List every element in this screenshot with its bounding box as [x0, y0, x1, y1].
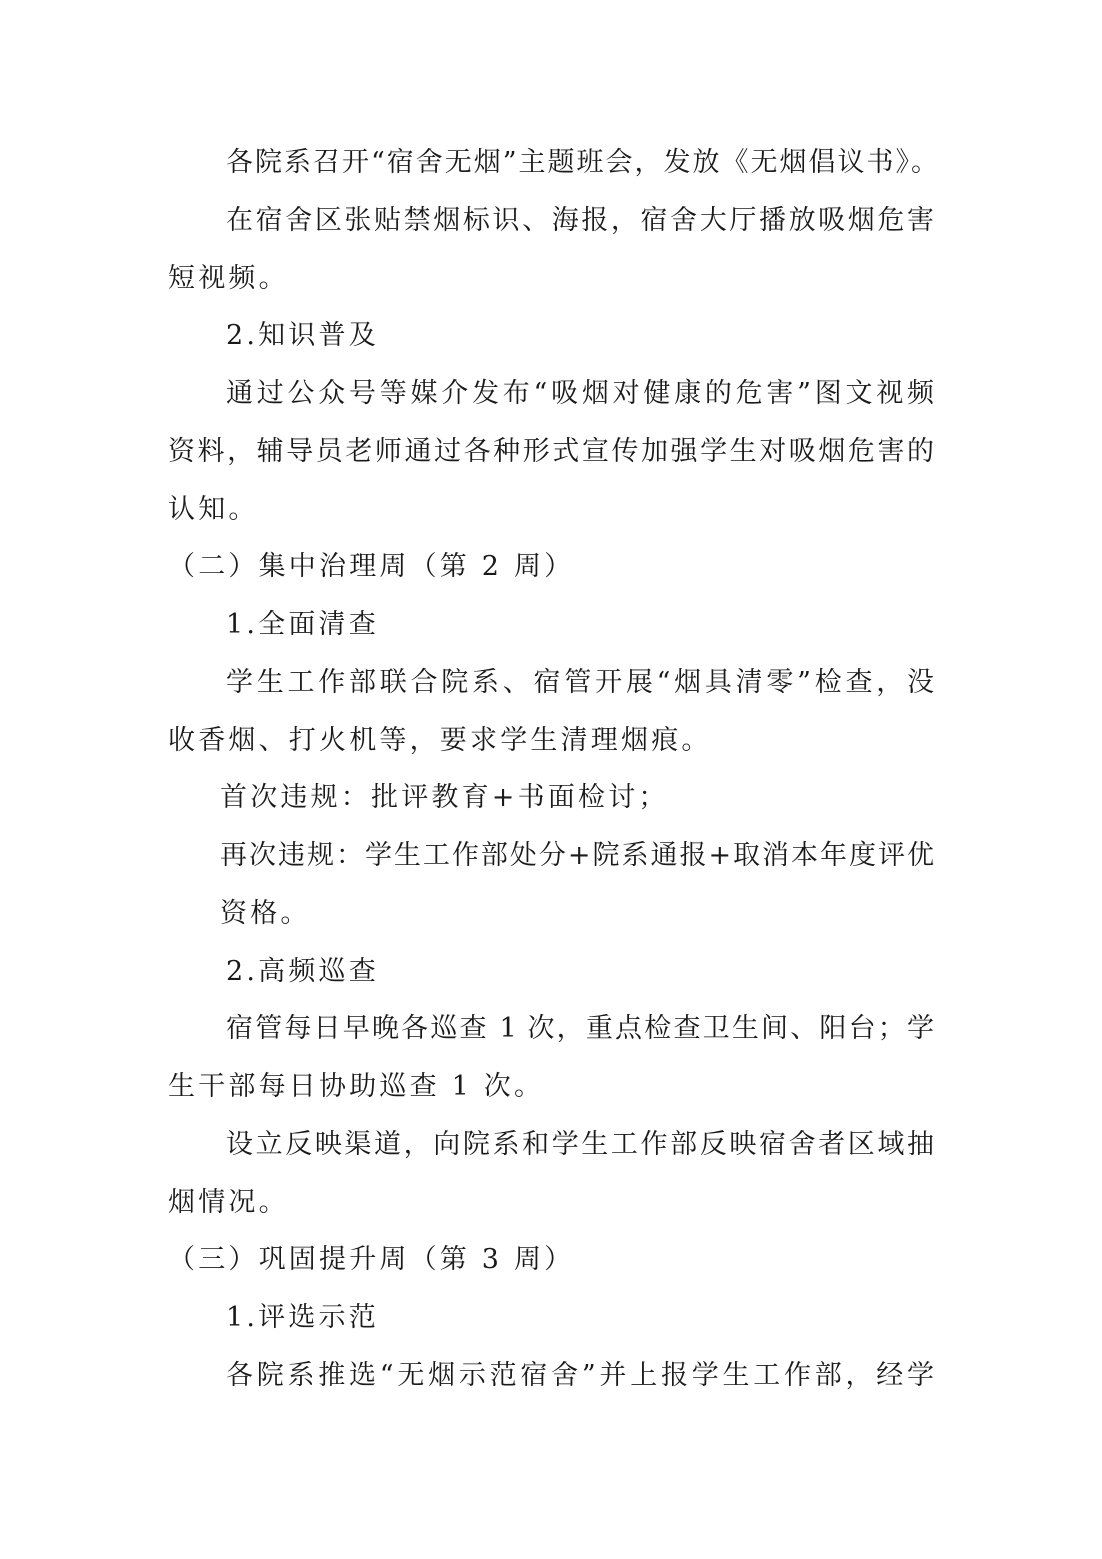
text-line: 通过公众号等媒介发布“吸烟对健康的危害”图文视频 [226, 376, 934, 412]
text-line: 认知。 [168, 492, 259, 528]
text-line: 首次违规：批评教育+书面检讨； [220, 780, 669, 816]
text-line: 1.全面清查 [226, 607, 379, 643]
text-line: 学生工作部联合院系、宿管开展“烟具清零”检查，没 [226, 665, 934, 701]
text-line: 2.高频巡查 [226, 954, 379, 990]
text-line: 资料，辅导员老师通过各种形式宣传加强学生对吸烟危害的 [168, 434, 934, 470]
text-line: 生干部每日协助巡查 1 次。 [168, 1069, 544, 1105]
text-line: 设立反映渠道，向院系和学生工作部反映宿舍者区域抽 [226, 1127, 934, 1163]
text-line: （三）巩固提升周（第 3 周） [168, 1242, 574, 1278]
text-line: （二）集中治理周（第 2 周） [168, 549, 574, 585]
text-line: 2.知识普及 [226, 318, 379, 354]
text-line: 宿管每日早晚各巡查 1 次，重点检查卫生间、阳台；学 [226, 1011, 934, 1047]
text-line: 在宿舍区张贴禁烟标识、海报，宿舍大厅播放吸烟危害 [226, 203, 934, 239]
text-line: 资格。 [220, 896, 311, 932]
text-line: 各院系推选“无烟示范宿舍”并上报学生工作部，经学 [226, 1358, 934, 1394]
text-line: 各院系召开“宿舍无烟”主题班会，发放《无烟倡议书》。 [226, 145, 938, 181]
text-line: 短视频。 [168, 261, 289, 297]
text-line: 收香烟、打火机等，要求学生清理烟痕。 [168, 723, 712, 759]
text-line: 1.评选示范 [226, 1300, 379, 1336]
document-page: 各院系召开“宿舍无烟”主题班会，发放《无烟倡议书》。在宿舍区张贴禁烟标识、海报，… [0, 0, 1102, 1559]
text-line: 再次违规：学生工作部处分+院系通报+取消本年度评优 [220, 838, 934, 874]
text-line: 烟情况。 [168, 1185, 289, 1221]
